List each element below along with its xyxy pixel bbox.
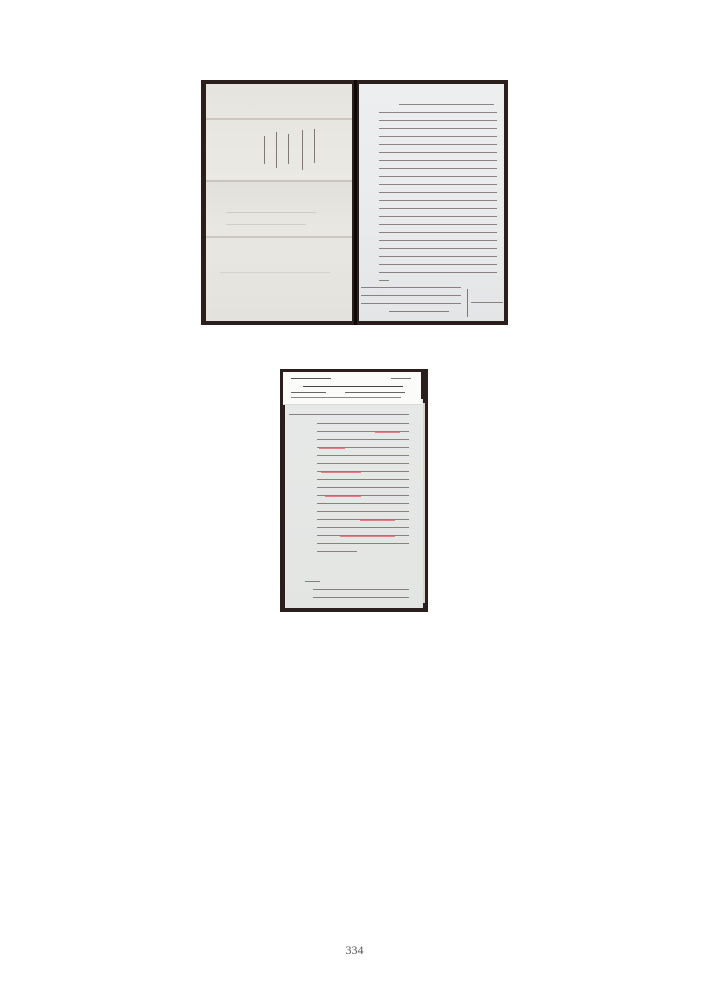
attestation-line — [361, 295, 461, 296]
red-underline — [321, 472, 361, 473]
handwriting-line — [379, 128, 497, 129]
docket-writing — [276, 132, 277, 168]
note-line — [313, 589, 409, 590]
label-text — [303, 386, 403, 387]
handwriting-line — [379, 136, 497, 137]
attestation-line — [389, 311, 449, 312]
handwriting-line — [317, 527, 409, 528]
manuscript-scan-1 — [201, 80, 508, 325]
faint-writing — [220, 272, 330, 273]
left-leaf — [206, 84, 352, 321]
red-underline — [360, 520, 395, 521]
fold-line — [206, 180, 352, 182]
docket-writing — [302, 130, 303, 170]
handwriting-line — [379, 168, 497, 169]
handwriting-line — [379, 184, 497, 185]
handwriting-line — [379, 248, 497, 249]
spine — [354, 80, 357, 325]
handwriting-line — [379, 112, 497, 113]
handwriting-line — [379, 192, 497, 193]
faint-writing — [226, 212, 316, 213]
handwriting-line — [379, 152, 497, 153]
handwriting-line — [317, 463, 409, 464]
faint-writing — [226, 224, 306, 225]
right-leaf — [359, 84, 504, 321]
handwriting-line — [289, 414, 409, 415]
signature — [471, 302, 503, 303]
handwriting-line — [379, 240, 497, 241]
red-underline — [325, 496, 361, 497]
note-line — [313, 597, 409, 598]
attestation-line — [361, 303, 461, 304]
docket-writing — [314, 129, 315, 163]
handwriting-line — [317, 423, 409, 424]
handwriting-line — [379, 200, 497, 201]
attestation-line — [361, 287, 461, 288]
fold-line — [206, 118, 352, 120]
docket-writing — [264, 136, 265, 164]
label-text — [291, 397, 401, 398]
label-text — [345, 392, 405, 393]
handwriting-line — [379, 208, 497, 209]
note-line — [305, 581, 320, 582]
handwriting-line — [379, 232, 497, 233]
docket-writing — [288, 134, 289, 164]
red-underline — [319, 448, 345, 449]
handwriting-line — [379, 144, 497, 145]
handwriting-line — [379, 120, 497, 121]
fold-line — [206, 236, 352, 238]
handwriting-line — [379, 264, 497, 265]
handwriting-line — [317, 439, 409, 440]
handwriting-line — [379, 176, 497, 177]
bracket — [467, 289, 468, 317]
handwriting-line — [379, 272, 497, 273]
page-number: 334 — [0, 943, 709, 958]
manuscript-page — [285, 399, 423, 608]
handwriting-line — [317, 511, 409, 512]
handwriting-line — [317, 503, 409, 504]
manuscript-scan-2 — [280, 369, 428, 612]
handwriting-line — [379, 160, 497, 161]
label-text — [391, 378, 411, 379]
handwriting-line — [399, 104, 494, 105]
handwriting-line — [379, 280, 389, 281]
handwriting-line — [379, 216, 497, 217]
handwriting-line — [317, 551, 357, 552]
red-underline — [340, 536, 395, 537]
handwriting-line — [317, 455, 409, 456]
archive-label — [283, 372, 421, 405]
label-text — [291, 378, 331, 379]
handwriting-line — [317, 487, 409, 488]
label-text — [291, 392, 326, 393]
handwriting-line — [317, 479, 409, 480]
handwriting-line — [379, 256, 497, 257]
handwriting-line — [317, 543, 409, 544]
red-underline — [375, 432, 400, 433]
handwriting-line — [379, 224, 497, 225]
